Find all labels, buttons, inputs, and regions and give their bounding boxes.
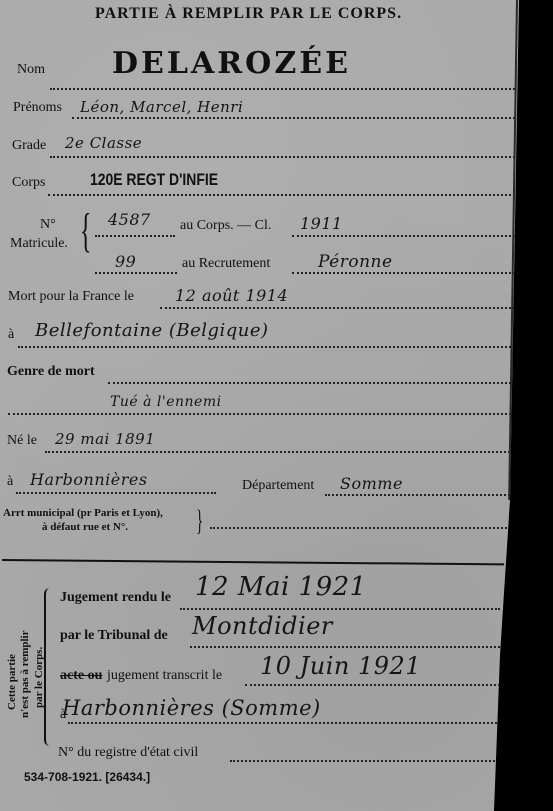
tribunal-label: par le Tribunal de (60, 628, 168, 644)
prenoms-line (72, 117, 515, 119)
jugement-rendu-label: Jugement rendu le (60, 590, 171, 606)
genre-mort-label: Genre de mort (7, 364, 95, 380)
nom-line (50, 88, 515, 90)
prenoms-label: Prénoms (13, 100, 62, 116)
matricule-no-label: N° (40, 217, 56, 233)
corps-value: 120E REGT D'INFIE (90, 170, 218, 190)
grade-label: Grade (12, 138, 46, 154)
matricule-corps-number: 4587 (108, 210, 151, 229)
mort-label: Mort pour la France le (8, 289, 134, 305)
arrondissement-label-1: Arrt municipal (pr Paris et Lyon), (3, 507, 163, 519)
transcrit-date: 10 Juin 1921 (260, 652, 421, 680)
form-title: PARTIE À REMPLIR PAR LE CORPS. (95, 5, 402, 23)
nom-label: Nom (17, 62, 45, 78)
matricule-recrutement-line (95, 272, 177, 274)
lieu-naissance-line (16, 492, 216, 494)
corps-label: Corps (12, 175, 45, 191)
departement-value: Somme (340, 474, 403, 493)
transcrit-line (245, 684, 500, 686)
side-note-line-2: n'est pas à remplir (19, 631, 31, 719)
prenoms-value: Léon, Marcel, Henri (80, 98, 243, 116)
recrutement-value: Péronne (318, 252, 393, 272)
lieu-mort-line (18, 346, 515, 348)
document-card: PARTIE À REMPLIR PAR LE CORPS. Nom DELAR… (0, 0, 553, 811)
transcrit-lieu-line (68, 722, 500, 724)
naissance-line (45, 451, 510, 453)
matricule-brace: { (80, 207, 92, 255)
naissance-label: Né le (7, 433, 37, 449)
registre-label: N° du registre d'état civil (58, 745, 198, 761)
side-note: Cette partie n'est pas à remplir par le … (2, 598, 50, 708)
grade-value: 2e Classe (65, 134, 142, 152)
matricule-classe: 1911 (300, 214, 343, 233)
jugement-rendu-line (180, 608, 500, 610)
matricule-recrutement-number: 99 (115, 252, 136, 271)
footer-code: 534-708-1921. [26434.] (24, 770, 150, 784)
transcrit-label: jugement transcrit le (107, 668, 222, 684)
corps-line (48, 194, 515, 196)
genre-mort-line (108, 382, 515, 384)
lieu-naissance-value: Harbonnières (30, 470, 148, 489)
lieu-mort-label: à (8, 327, 14, 343)
mort-date: 12 août 1914 (175, 286, 288, 305)
nom-value: DELAROZÉE (112, 46, 351, 81)
lieu-naissance-label: à (7, 474, 13, 490)
naissance-date: 29 mai 1891 (55, 430, 155, 448)
matricule-corps-line (95, 235, 175, 237)
transcrit-lieu: Harbonnières (Somme) (62, 696, 321, 720)
recrutement-value-line (292, 272, 515, 274)
arrondissement-brace: } (196, 506, 203, 536)
recrutement-label: au Recrutement (182, 256, 270, 272)
genre-mort-line-2 (8, 413, 515, 415)
genre-mort-value: Tué à l'ennemi (110, 394, 222, 410)
departement-line (325, 494, 510, 496)
matricule-classe-line (292, 235, 515, 237)
tribunal-value: Montdidier (192, 612, 333, 640)
section-divider (2, 559, 504, 565)
jugement-rendu-date: 12 Mai 1921 (195, 572, 367, 602)
registre-line (230, 760, 498, 762)
arrondissement-line (210, 527, 510, 529)
grade-line (50, 156, 515, 158)
matricule-label: Matricule. (10, 236, 68, 252)
side-note-line-1: Cette partie (6, 654, 18, 710)
acte-ou-struck: acte ou (60, 668, 102, 684)
tribunal-line (190, 646, 500, 648)
departement-label: Département (242, 478, 314, 494)
matricule-corps-label: au Corps. — Cl. (180, 218, 271, 234)
arrondissement-label-2: à défaut rue et N°. (42, 521, 128, 533)
mort-line (160, 307, 515, 309)
jugement-brace (44, 588, 52, 746)
lieu-mort-value: Bellefontaine (Belgique) (35, 320, 269, 341)
